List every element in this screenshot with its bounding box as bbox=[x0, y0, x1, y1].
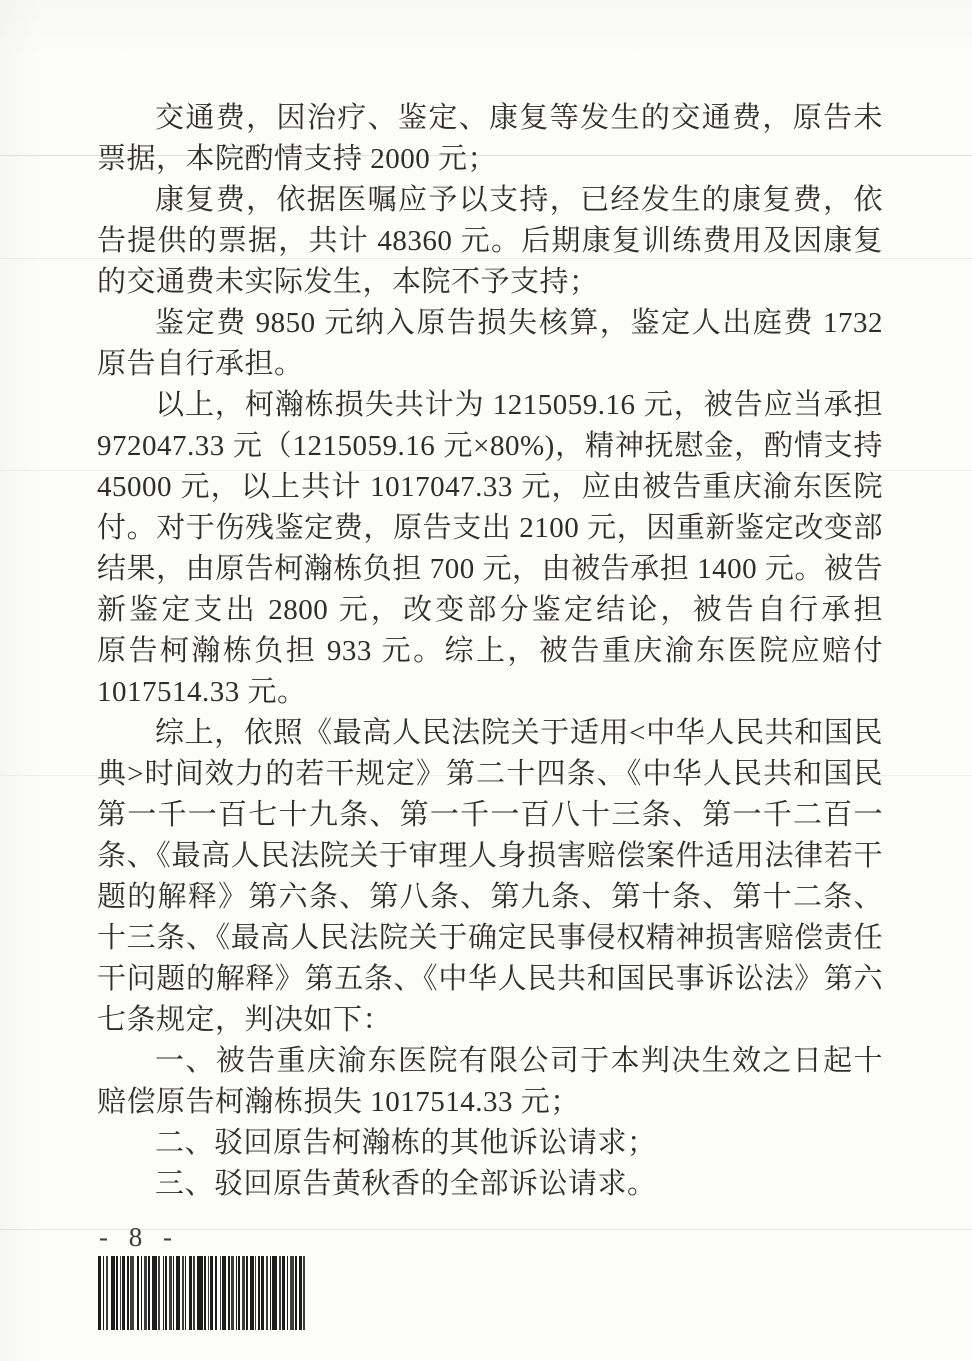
judgment-text-block: 交通费，因治疗、鉴定、康复等发生的交通费，原告未提供票据，本院酌情支持 2000… bbox=[97, 98, 883, 1205]
judgment-text-line: 干问题的解释》第五条、《中华人民共和国民事诉讼法》第六十 bbox=[97, 959, 883, 1000]
judgment-text-line: 票据，本院酌情支持 2000 元； bbox=[97, 139, 883, 180]
judgment-text-line: 十三条、《最高人民法院关于确定民事侵权精神损害赔偿责任若 bbox=[97, 918, 883, 959]
page-number: - 8 - bbox=[99, 1222, 179, 1253]
judgment-text-line: 二、驳回原告柯瀚栋的其他诉讼请求； bbox=[97, 1123, 883, 1164]
judgment-text-line: 新鉴定支出 2800 元，改变部分鉴定结论，被告自行承担 1867 元， bbox=[97, 590, 883, 631]
judgment-text-line: 付。对于伤残鉴定费，原告支出 2100 元，因重新鉴定改变部分 bbox=[97, 508, 883, 549]
judgment-text-line: 结果，由原告柯瀚栋负担 700 元，由被告承担 1400 元。被告重 bbox=[97, 549, 883, 590]
judgment-text-line: 原告自行承担。 bbox=[97, 344, 883, 385]
judgment-text-line: 综上，依照《最高人民法院关于适用<中华人民共和国民法 bbox=[97, 713, 883, 754]
judgment-text-line: 原告柯瀚栋负担 933 元。综上，被告重庆渝东医院应赔付 bbox=[97, 631, 883, 672]
judgment-text-line: 典>时间效力的若干规定》第二十四条、《中华人民共和国民法典》 bbox=[97, 754, 883, 795]
judgment-text-line: 三、驳回原告黄秋香的全部诉讼请求。 bbox=[97, 1164, 883, 1205]
judgment-text-line: 告提供的票据，共计 48360 元。后期康复训练费用及因康复产生 bbox=[97, 221, 883, 262]
judgment-text-line: 鉴定费 9850 元纳入原告损失核算，鉴定人出庭费 1732 元由 bbox=[97, 303, 883, 344]
judgment-text-line: 一、被告重庆渝东医院有限公司于本判决生效之日起十日内 bbox=[97, 1041, 883, 1082]
judgment-text-line: 交通费，因治疗、鉴定、康复等发生的交通费，原告未提供 bbox=[97, 98, 883, 139]
judgment-text-line: 第一千一百七十九条、第一千一百八十三条、第一千二百一十八 bbox=[97, 795, 883, 836]
judgment-text-line: 的交通费未实际发生，本院不予支持； bbox=[97, 262, 883, 303]
judgment-text-line: 赔偿原告柯瀚栋损失 1017514.33 元； bbox=[97, 1082, 883, 1123]
judgment-text-line: 以上，柯瀚栋损失共计为 1215059.16 元，被告应当承担 bbox=[97, 385, 883, 426]
judgment-text-line: 45000 元，以上共计 1017047.33 元，应由被告重庆渝东医院赔 bbox=[97, 467, 883, 508]
judgment-text-line: 972047.33 元（1215059.16 元×80%)，精神抚慰金，酌情支持 bbox=[97, 426, 883, 467]
judgment-text-line: 康复费，依据医嘱应予以支持，已经发生的康复费，依据原 bbox=[97, 180, 883, 221]
barcode bbox=[98, 1256, 307, 1330]
judgment-text-line: 条、《最高人民法院关于审理人身损害赔偿案件适用法律若干问 bbox=[97, 836, 883, 877]
document-page: 交通费，因治疗、鉴定、康复等发生的交通费，原告未提供票据，本院酌情支持 2000… bbox=[0, 0, 972, 1361]
judgment-text-line: 题的解释》第六条、第八条、第九条、第十条、第十二条、第二 bbox=[97, 877, 883, 918]
judgment-text-line: 七条规定，判决如下： bbox=[97, 1000, 883, 1041]
judgment-text-line: 1017514.33 元。 bbox=[97, 672, 883, 713]
